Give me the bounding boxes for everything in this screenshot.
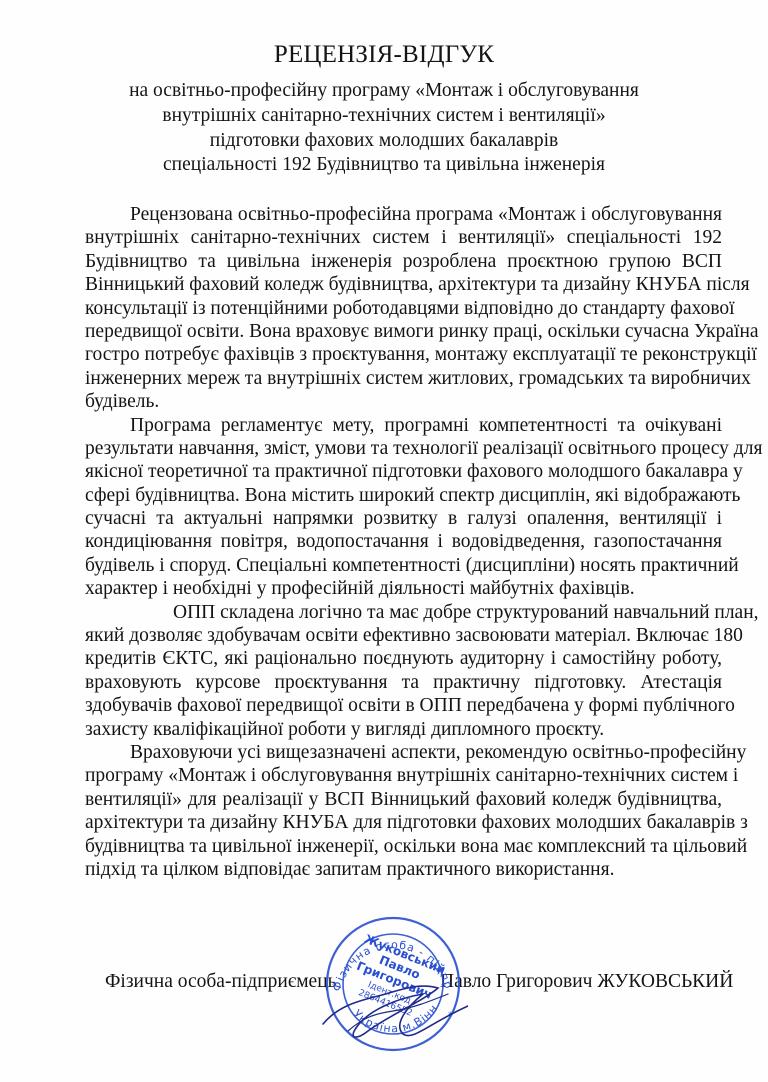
paragraph-line: Враховуючи усі вищезазначені аспекти, ре… (85, 741, 722, 764)
subtitle-line-3: підготовки фахових молодших бакалаврів (0, 130, 768, 152)
paragraph-line: сфері будівництва. Вона містить широкий … (85, 484, 722, 507)
paragraph-line: захисту кваліфікаційної роботи у вигляді… (85, 718, 722, 741)
paragraph-line: Програма регламентує мету, програмні ком… (85, 414, 722, 437)
paragraph-line: кондиціювання повітря, водопостачання і … (85, 530, 722, 553)
official-stamp-icon: Фізична особа - підприємець Україна м.Ві… (318, 906, 468, 1056)
paragraph-line: враховують курсове проєктування та практ… (85, 671, 722, 694)
paragraph-line: результати навчання, зміст, умови та тех… (85, 437, 722, 460)
paragraph-2: Програма регламентує мету, програмні ком… (85, 414, 722, 601)
paragraph-line: гостро потребує фахівців з проєктування,… (85, 343, 722, 366)
document-body: Рецензована освітньо-професійна програма… (85, 203, 722, 881)
paragraph-line: інженерних мереж та внутрішніх систем жи… (85, 367, 722, 390)
paragraph-line: програму «Монтаж і обслуговування внутрі… (85, 764, 722, 787)
paragraph-line: будівель і споруд. Спеціальні компетентн… (85, 554, 722, 577)
paragraph-line: якісної теоретичної та практичної підгот… (85, 460, 722, 483)
paragraph-line: кредитів ЄКТС, які раціонально поєднують… (85, 647, 722, 670)
paragraph-line: який дозволяє здобувачам освіти ефективн… (85, 624, 722, 647)
paragraph-line: Будівництво та цивільна інженерія розроб… (85, 250, 722, 273)
paragraph-line: передвищої освіти. Вона враховує вимоги … (85, 320, 722, 343)
paragraph-1: Рецензована освітньо-професійна програма… (85, 203, 722, 414)
paragraph-line: внутрішніх санітарно-технічних систем і … (85, 226, 722, 249)
paragraph-line: здобувачів фахової передвищої освіти в О… (85, 694, 722, 717)
paragraph-3: ОПП складена логічно та має добре структ… (85, 601, 722, 741)
paragraph-4: Враховуючи усі вищезазначені аспекти, ре… (85, 741, 722, 881)
svg-text:*: * (332, 981, 337, 991)
paragraph-line: Рецензована освітньо-професійна програма… (85, 203, 722, 226)
paragraph-line: вентиляції» для реалізації у ВСП Вінниць… (85, 788, 722, 811)
subtitle-line-4: спеціальності 192 Будівництво та цивільн… (0, 154, 768, 176)
document-title: РЕЦЕНЗІЯ-ВІДГУК (0, 41, 768, 69)
signatory-name: Павло Григорович ЖУКОВСЬКИЙ (440, 971, 733, 993)
subtitle-line-2: внутрішніх санітарно-технічних систем і … (0, 105, 768, 127)
document-page: РЕЦЕНЗІЯ-ВІДГУК на освітньо-професійну п… (0, 0, 768, 1082)
signatory-role: Фізична особа-підприємець (105, 971, 337, 993)
paragraph-line: підхід та цілком відповідає запитам прак… (85, 858, 722, 881)
paragraph-line: консультації із потенційними роботодавця… (85, 297, 722, 320)
paragraph-line: архітектури та дизайну КНУБА для підгото… (85, 811, 722, 834)
subtitle-line-1: на освітньо-професійну програму «Монтаж … (0, 80, 768, 102)
paragraph-line: сучасні та актуальні напрямки розвитку в… (85, 507, 722, 530)
paragraph-line: Вінницький фаховий коледж будівництва, а… (85, 273, 722, 296)
paragraph-line: будівель. (85, 390, 722, 413)
paragraph-line: ОПП складена логічно та має добре структ… (85, 601, 722, 624)
paragraph-line: будівництва та цивільної інженерії, оскі… (85, 835, 722, 858)
paragraph-line: характер і необхідні у професійній діяль… (85, 577, 722, 600)
